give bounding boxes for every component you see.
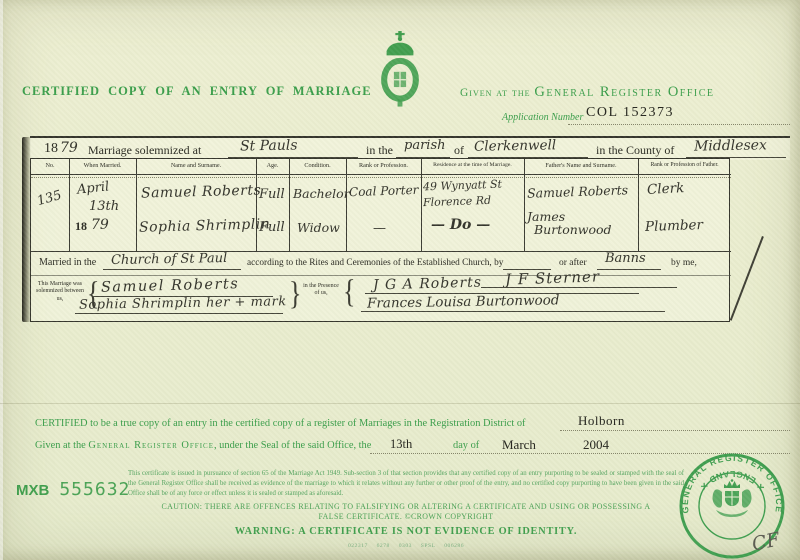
bride-profession: — bbox=[373, 221, 386, 236]
solemnized-label: Marriage solemnized at bbox=[88, 143, 201, 158]
gro-smallcaps: General Register Office bbox=[88, 440, 214, 451]
certified-year: 2004 bbox=[583, 437, 609, 453]
witness2-underline bbox=[361, 311, 665, 312]
register-title-band: 18 79 Marriage solemnized at St Pauls in… bbox=[30, 136, 790, 160]
officiant-signature: J F Sterner bbox=[505, 267, 601, 288]
banns-underline bbox=[597, 269, 661, 270]
county-label: in the County of bbox=[596, 143, 674, 158]
parish-name: Clerkenwell bbox=[474, 137, 556, 154]
col-divider bbox=[69, 159, 70, 251]
col-header-condition: Condition. bbox=[289, 162, 346, 169]
register-table: No. When Married. Name and Surname. Age.… bbox=[30, 158, 730, 322]
bride-signature: Sophia Shrimplin her + mark bbox=[79, 294, 287, 313]
given-at-prefix: Given at the bbox=[35, 440, 88, 451]
day-of-label: day of bbox=[453, 440, 479, 451]
groom-profession: Coal Porter bbox=[349, 183, 419, 199]
print-code: 022317 6278 0303 SPSL 006286 bbox=[128, 543, 684, 549]
issuing-office-name: General Register Office bbox=[534, 84, 714, 100]
scan-edge bbox=[0, 0, 3, 560]
entry-date-day: 13th bbox=[89, 199, 119, 214]
serial-number: MXB 555632 bbox=[16, 479, 130, 500]
col-header-father: Father's Name and Surname. bbox=[524, 162, 638, 169]
col-divider bbox=[256, 159, 257, 251]
application-number-value: COL 152373 bbox=[586, 105, 674, 121]
legal-text: This certificate is issued in pursuance … bbox=[128, 469, 684, 500]
application-number-label: Application Number bbox=[502, 112, 583, 123]
presence-label: in the Presence of us, bbox=[301, 283, 341, 298]
application-number-line bbox=[568, 124, 790, 125]
col-divider bbox=[136, 159, 137, 251]
of-label: of bbox=[454, 143, 464, 158]
serial-prefix: MXB bbox=[16, 482, 49, 499]
coat-of-arms-icon bbox=[713, 479, 752, 517]
groom-signature: Samuel Roberts bbox=[101, 276, 240, 296]
entry-date-year-written: 79 bbox=[91, 217, 109, 233]
district-value: Holborn bbox=[578, 413, 625, 429]
groom-condition: Bachelor bbox=[293, 186, 350, 201]
royal-crest-icon bbox=[363, 31, 437, 109]
col-header-name: Name and Surname. bbox=[136, 162, 256, 169]
brace-open-right: { bbox=[343, 273, 355, 311]
groom-father-profession: Clerk bbox=[647, 180, 685, 198]
col-divider bbox=[421, 159, 422, 251]
bride-residence-ditto: — Do — bbox=[431, 217, 490, 233]
groom-name: Samuel Roberts bbox=[141, 182, 262, 201]
groom-residence-line1: 49 Wynyatt St bbox=[423, 178, 502, 194]
groom-father-name: Samuel Roberts bbox=[527, 182, 629, 201]
officiant-underline bbox=[481, 287, 677, 288]
groom-residence-line2: Florence Rd bbox=[423, 194, 492, 209]
brace-close-left: } bbox=[289, 275, 301, 313]
witness2-signature: Frances Louisa Burtonwood bbox=[367, 292, 560, 311]
bride-father-profession: Plumber bbox=[645, 217, 704, 235]
col-header-residence: Residence at the time of Marriage. bbox=[421, 162, 524, 168]
col-header-rank: Rank or Profession. bbox=[346, 162, 421, 169]
document-title: CERTIFIED COPY OF AN ENTRY OF MARRIAGE bbox=[22, 84, 372, 99]
col-divider bbox=[638, 159, 639, 251]
col-divider bbox=[346, 159, 347, 251]
certified-month: March bbox=[502, 437, 536, 453]
issuing-office-title: Given at the General Register Office bbox=[460, 83, 715, 101]
marriage-certificate-document: CERTIFIED COPY OF AN ENTRY OF MARRIAGE G… bbox=[0, 0, 800, 560]
col-header-when-married: When Married. bbox=[69, 162, 136, 169]
or-after-label: or after bbox=[559, 258, 587, 268]
married-in-label: Married in the bbox=[39, 257, 96, 268]
church-underline bbox=[103, 269, 241, 270]
by-me-label: by me, bbox=[671, 258, 697, 268]
certified-line1: CERTIFIED to be a true copy of an entry … bbox=[35, 418, 525, 429]
groom-age: Full bbox=[259, 187, 285, 202]
col-header-no: No. bbox=[31, 162, 69, 169]
col-divider bbox=[289, 159, 290, 251]
diagonal-closing-line bbox=[730, 236, 764, 321]
married-section-rule bbox=[31, 275, 731, 276]
issuing-office-prefix: Given at the bbox=[460, 87, 534, 99]
bride-condition: Widow bbox=[297, 220, 340, 235]
in-the-label: in the bbox=[366, 143, 393, 158]
col-header-age: Age. bbox=[256, 162, 289, 169]
county-name: Middlesex bbox=[694, 137, 767, 154]
married-in-church: Church of St Paul bbox=[111, 251, 227, 268]
witness1-signature: J G A Roberts bbox=[373, 275, 482, 294]
caution-line1: CAUTION: THERE ARE OFFENCES RELATING TO … bbox=[128, 502, 684, 511]
year-handwritten: 79 bbox=[60, 140, 78, 156]
entry-date-year-printed: 18 bbox=[75, 219, 87, 234]
bride-father-line2: Burtonwood bbox=[534, 222, 612, 237]
certified-day: 13th bbox=[390, 437, 412, 452]
bride-name: Sophia Shrimplin bbox=[139, 216, 271, 235]
paper-fold-line bbox=[0, 403, 800, 404]
serial-digits: 555632 bbox=[59, 479, 130, 500]
caution-line2: FALSE CERTIFICATE. ©CROWN COPYRIGHT bbox=[128, 512, 684, 521]
given-at-suffix: , under the Seal of the said Office, the bbox=[214, 440, 371, 451]
bride-age: Full bbox=[259, 220, 285, 235]
year-printed: 18 bbox=[44, 141, 58, 157]
warning-text: WARNING: A CERTIFICATE IS NOT EVIDENCE O… bbox=[128, 526, 684, 537]
district-dotted-line bbox=[560, 430, 790, 431]
rites-label: according to the Rites and Ceremonies of… bbox=[247, 258, 503, 268]
col-divider bbox=[524, 159, 525, 251]
solemnized-place: St Pauls bbox=[240, 137, 298, 154]
parish-word: parish bbox=[404, 138, 446, 153]
banns-word: Banns bbox=[605, 251, 646, 266]
entry-number: 135 bbox=[35, 188, 63, 209]
certified-line2: Given at the General Register Office, un… bbox=[35, 440, 371, 451]
col-header-father-rank: Rank or Profession of Father. bbox=[638, 162, 731, 168]
bride-signature-underline bbox=[75, 313, 283, 314]
entry-date-month: April bbox=[76, 179, 110, 197]
